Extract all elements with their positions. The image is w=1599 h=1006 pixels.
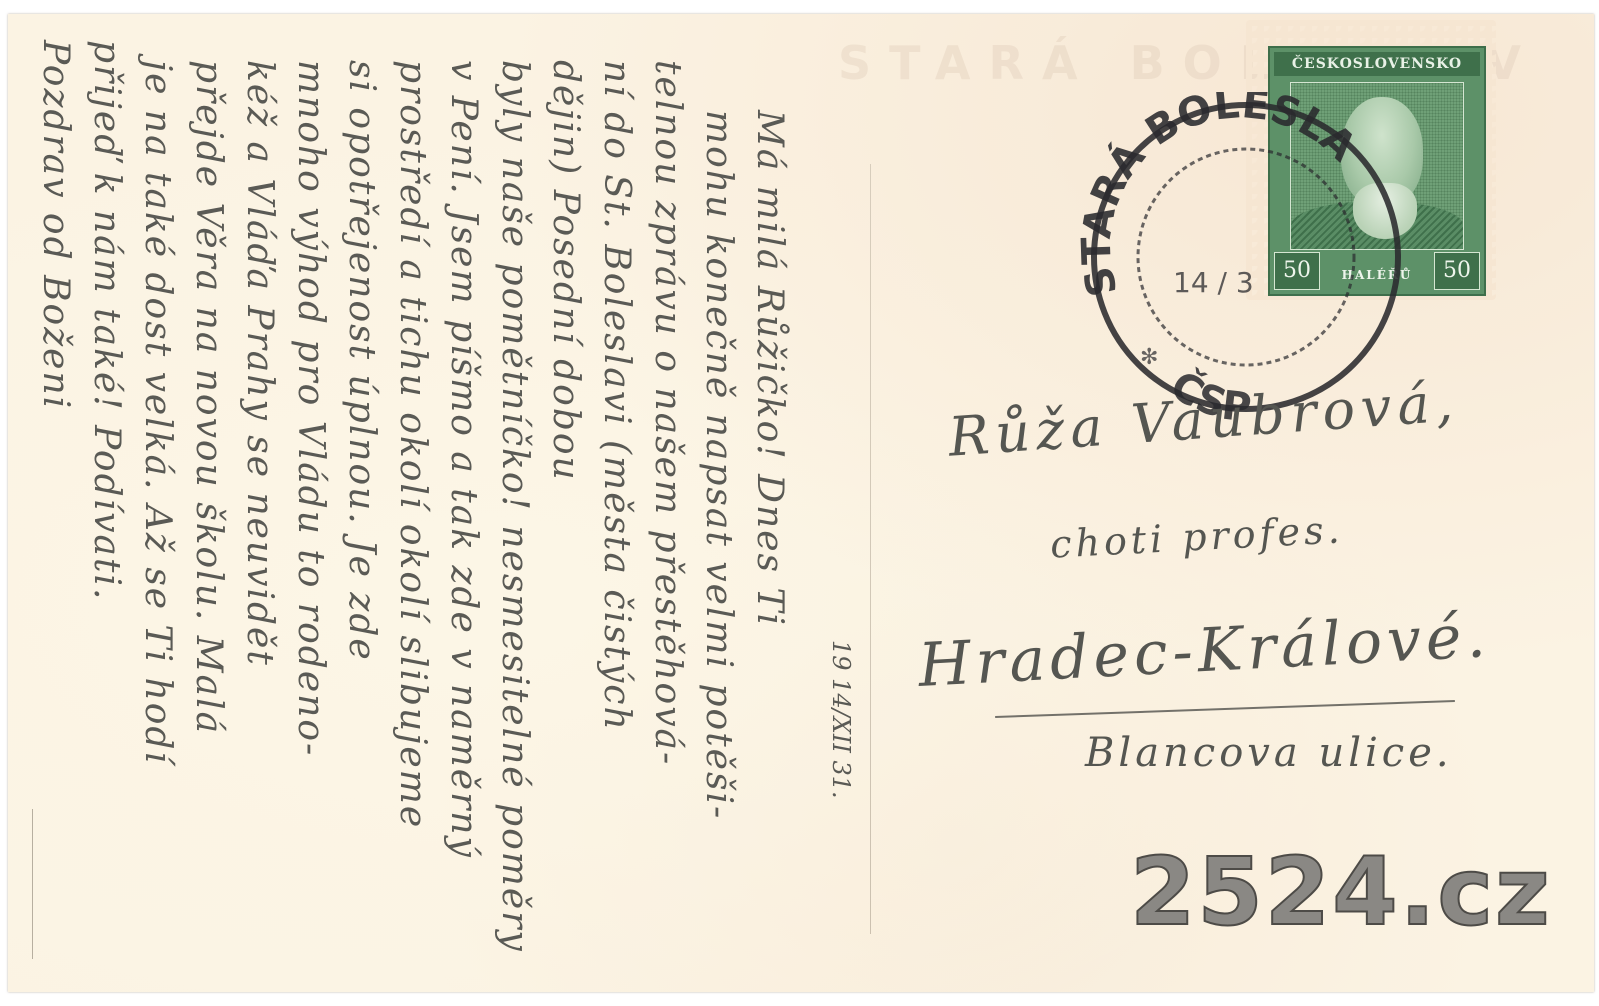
- message-line: přijeď k nám také! Podívati.: [86, 40, 127, 601]
- message-line: v Pení. Jsem píšmo a tak zde v naměrný: [443, 60, 484, 859]
- message-line: kéž a Vláďa Prahy se neuvidět: [239, 60, 280, 667]
- card-divider-line: [870, 164, 871, 934]
- postmark-date: 14 / 3: [1173, 266, 1254, 299]
- postmark-icon: STARÁ BOLESLAV ČSP 14 / 3 ✻: [1078, 92, 1414, 422]
- message-line: dějin) Posední dobou: [545, 60, 586, 482]
- recipient-street: Blancova ulice.: [1085, 730, 1453, 776]
- message-line: byly naše pomětníčko! nesmesitelné poměr…: [494, 60, 535, 953]
- message-line: přejde Věra na novou školu. Malá: [188, 60, 229, 735]
- handwritten-message: Má milá Růžičko! Dnes Timohu konečně nap…: [20, 100, 820, 960]
- message-line: prostředí a tichu okolí okolí slibujeme: [392, 60, 433, 829]
- message-line: ní do St. Boleslavi (města čistých: [596, 60, 637, 732]
- message-line: je na také dost velká. Až se Ti hodí: [137, 60, 178, 765]
- stamp-value-right: 50: [1434, 252, 1480, 290]
- message-date: 19 14/XII 31.: [827, 640, 855, 799]
- message-line: Má milá Růžičko! Dnes Ti: [749, 110, 790, 627]
- watermark-text: 2524.cz: [1130, 838, 1552, 947]
- message-line: mnoho výhod pro Vládu to rodeno-: [290, 60, 331, 757]
- message-line: telnou zprávu o našem přestěhová-: [647, 60, 688, 766]
- message-line: Pozdrav od Boženi: [35, 40, 76, 410]
- message-line: si opotřejenost úplnou. Je zde: [341, 60, 382, 662]
- svg-text:✻: ✻: [1140, 345, 1158, 370]
- postmark-cancellation: STARÁ BOLESLAV ČSP 14 / 3 ✻: [1078, 92, 1414, 422]
- stamp-country: ČESKOSLOVENSKO: [1274, 52, 1480, 76]
- message-line: mohu konečně napsat velmi potěši-: [698, 110, 739, 820]
